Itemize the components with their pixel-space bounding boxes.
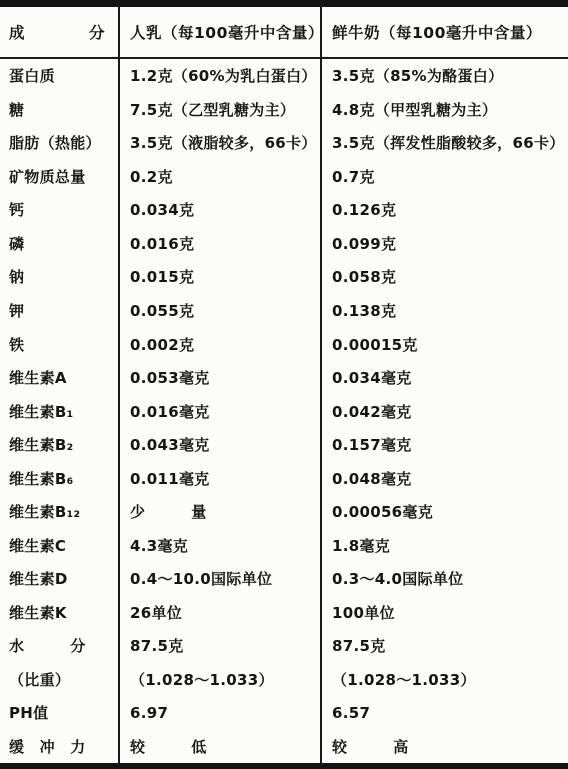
human-milk-value: （1.028～1.033）: [130, 669, 274, 690]
component-label: 矿物质总量: [9, 166, 86, 187]
table-body: 蛋白质 1.2克（60%为乳白蛋白） 3.5克（85%为酪蛋白） 糖 7.5克（…: [0, 59, 568, 763]
table-row: 矿物质总量 0.2克 0.7克: [0, 160, 568, 194]
human-milk-value-cell: 0.016克: [118, 227, 320, 261]
cow-milk-value: （1.028～1.033）: [332, 669, 476, 690]
component-label: 维生素D: [9, 568, 68, 589]
cow-milk-value-cell: 0.157毫克: [320, 428, 568, 462]
human-milk-value: 0.016毫克: [130, 401, 210, 422]
human-milk-value-cell: 0.002克: [118, 327, 320, 361]
cow-milk-value-cell: 1.8毫克: [320, 528, 568, 562]
component-label: 钾: [9, 300, 24, 321]
cow-milk-value: 3.5克（85%为酪蛋白）: [332, 65, 503, 86]
cow-milk-value-cell: 87.5克: [320, 629, 568, 663]
human-milk-value: 4.3毫克: [130, 535, 188, 556]
component-cell: 维生素B₂: [0, 428, 118, 462]
cow-milk-value-cell: 0.00015克: [320, 327, 568, 361]
cow-milk-value: 3.5克（挥发性脂酸较多，66卡）: [332, 132, 565, 153]
table-row: 维生素B₁₂ 少 量 0.00056毫克: [0, 495, 568, 529]
cow-milk-value: 0.099克: [332, 233, 396, 254]
cow-milk-value: 0.00056毫克: [332, 501, 433, 522]
header-cow-milk-label: 鲜牛奶（每100毫升中含量）: [332, 21, 542, 43]
component-label: 钠: [9, 266, 24, 287]
cow-milk-value: 6.57: [332, 704, 370, 722]
component-label: 磷: [9, 233, 24, 254]
cow-milk-value-cell: 0.034毫克: [320, 361, 568, 395]
cow-milk-value: 100单位: [332, 602, 395, 623]
table-row: PH值 6.97 6.57: [0, 696, 568, 730]
table-row: 维生素A 0.053毫克 0.034毫克: [0, 361, 568, 395]
human-milk-value: 6.97: [130, 704, 168, 722]
table-row: 水 分 87.5克 87.5克: [0, 629, 568, 663]
human-milk-value-cell: 7.5克（乙型乳糖为主）: [118, 93, 320, 127]
cow-milk-value-cell: 0.3～4.0国际单位: [320, 562, 568, 596]
component-label: （比重）: [9, 669, 70, 690]
cow-milk-value: 0.034毫克: [332, 367, 412, 388]
human-milk-value: 0.011毫克: [130, 468, 210, 489]
table-row: 钙 0.034克 0.126克: [0, 193, 568, 227]
component-cell: 维生素A: [0, 361, 118, 395]
cow-milk-value: 1.8毫克: [332, 535, 390, 556]
component-cell: 磷: [0, 227, 118, 261]
component-cell: 维生素B₁: [0, 394, 118, 428]
human-milk-value: 0.055克: [130, 300, 194, 321]
cow-milk-value-cell: 较 高: [320, 730, 568, 764]
cow-milk-value: 0.157毫克: [332, 434, 412, 455]
component-label: 维生素B₁₂: [9, 501, 80, 522]
component-cell: （比重）: [0, 663, 118, 697]
cow-milk-value-cell: 4.8克（甲型乳糖为主）: [320, 93, 568, 127]
table-row: 磷 0.016克 0.099克: [0, 227, 568, 261]
cow-milk-value: 较 高: [332, 736, 409, 757]
cow-milk-value-cell: 0.00056毫克: [320, 495, 568, 529]
component-label: 维生素A: [9, 367, 67, 388]
cow-milk-value-cell: 0.048毫克: [320, 461, 568, 495]
cow-milk-value-cell: 3.5克（85%为酪蛋白）: [320, 59, 568, 93]
component-label: 缓 冲 力: [9, 736, 86, 757]
human-milk-value-cell: 0.053毫克: [118, 361, 320, 395]
component-cell: 脂肪（热能）: [0, 126, 118, 160]
human-milk-value-cell: 较 低: [118, 730, 320, 764]
component-label: 维生素B₆: [9, 468, 74, 489]
human-milk-value-cell: 0.4～10.0国际单位: [118, 562, 320, 596]
table-row: 蛋白质 1.2克（60%为乳白蛋白） 3.5克（85%为酪蛋白）: [0, 59, 568, 93]
header-human-milk-label: 人乳（每100毫升中含量）: [130, 21, 320, 43]
cow-milk-value-cell: 0.099克: [320, 227, 568, 261]
component-label: 钙: [9, 199, 24, 220]
table-row: 脂肪（热能） 3.5克（液脂较多，66卡） 3.5克（挥发性脂酸较多，66卡）: [0, 126, 568, 160]
cow-milk-value: 0.058克: [332, 266, 396, 287]
cow-milk-value: 0.00015克: [332, 334, 418, 355]
human-milk-value-cell: 3.5克（液脂较多，66卡）: [118, 126, 320, 160]
component-cell: 缓 冲 力: [0, 730, 118, 764]
component-cell: 铁: [0, 327, 118, 361]
component-cell: 维生素B₆: [0, 461, 118, 495]
component-label: 铁: [9, 334, 24, 355]
component-label: 糖: [9, 99, 24, 120]
human-milk-value: 3.5克（液脂较多，66卡）: [130, 132, 317, 153]
cow-milk-value: 0.7克: [332, 166, 375, 187]
cow-milk-value: 0.3～4.0国际单位: [332, 568, 463, 589]
component-label: PH值: [9, 702, 48, 723]
component-cell: 维生素B₁₂: [0, 495, 118, 529]
cow-milk-value: 87.5克: [332, 635, 386, 656]
human-milk-value: 7.5克（乙型乳糖为主）: [130, 99, 295, 120]
human-milk-value: 26单位: [130, 602, 182, 623]
component-cell: 矿物质总量: [0, 160, 118, 194]
human-milk-value-cell: 87.5克: [118, 629, 320, 663]
component-label: 维生素C: [9, 535, 66, 556]
human-milk-value-cell: 1.2克（60%为乳白蛋白）: [118, 59, 320, 93]
cow-milk-value: 0.138克: [332, 300, 396, 321]
component-cell: 水 分: [0, 629, 118, 663]
cow-milk-value-cell: 0.042毫克: [320, 394, 568, 428]
component-label: 脂肪（热能）: [9, 132, 101, 153]
cow-milk-value-cell: 0.7克: [320, 160, 568, 194]
human-milk-value: 87.5克: [130, 635, 184, 656]
table-row: 维生素B₆ 0.011毫克 0.048毫克: [0, 461, 568, 495]
table-row: 铁 0.002克 0.00015克: [0, 327, 568, 361]
scanned-table-page: 成 分 人乳（每100毫升中含量） 鲜牛奶（每100毫升中含量） 蛋白质 1.2…: [0, 0, 568, 769]
table-row: 维生素B₂ 0.043毫克 0.157毫克: [0, 428, 568, 462]
cow-milk-value-cell: 3.5克（挥发性脂酸较多，66卡）: [320, 126, 568, 160]
human-milk-value-cell: 0.016毫克: [118, 394, 320, 428]
human-milk-value: 0.4～10.0国际单位: [130, 568, 272, 589]
component-cell: 糖: [0, 93, 118, 127]
human-milk-value-cell: 0.043毫克: [118, 428, 320, 462]
cow-milk-value-cell: 6.57: [320, 696, 568, 730]
human-milk-value: 0.2克: [130, 166, 173, 187]
human-milk-value-cell: 0.015克: [118, 260, 320, 294]
component-cell: 钾: [0, 294, 118, 328]
table-row: 维生素B₁ 0.016毫克 0.042毫克: [0, 394, 568, 428]
table-row: 维生素D 0.4～10.0国际单位 0.3～4.0国际单位: [0, 562, 568, 596]
component-label: 水 分: [9, 635, 86, 656]
table-row: 钾 0.055克 0.138克: [0, 294, 568, 328]
header-component-label: 成 分: [9, 21, 105, 43]
component-label: 维生素B₂: [9, 434, 74, 455]
human-milk-value-cell: 少 量: [118, 495, 320, 529]
table-row: 钠 0.015克 0.058克: [0, 260, 568, 294]
human-milk-value: 0.016克: [130, 233, 194, 254]
component-cell: 蛋白质: [0, 59, 118, 93]
component-cell: 维生素K: [0, 596, 118, 630]
human-milk-value: 0.053毫克: [130, 367, 210, 388]
cow-milk-value: 4.8克（甲型乳糖为主）: [332, 99, 497, 120]
human-milk-value-cell: 6.97: [118, 696, 320, 730]
human-milk-value: 较 低: [130, 736, 207, 757]
component-cell: PH值: [0, 696, 118, 730]
human-milk-value-cell: 0.055克: [118, 294, 320, 328]
human-milk-value: 0.015克: [130, 266, 194, 287]
human-milk-value: 1.2克（60%为乳白蛋白）: [130, 65, 317, 86]
header-human-milk-cell: 人乳（每100毫升中含量）: [118, 7, 320, 57]
component-label: 维生素K: [9, 602, 67, 623]
cow-milk-value: 0.042毫克: [332, 401, 412, 422]
component-cell: 维生素D: [0, 562, 118, 596]
table-row: 糖 7.5克（乙型乳糖为主） 4.8克（甲型乳糖为主）: [0, 93, 568, 127]
component-cell: 钙: [0, 193, 118, 227]
table-row: 维生素C 4.3毫克 1.8毫克: [0, 528, 568, 562]
human-milk-value-cell: 0.011毫克: [118, 461, 320, 495]
human-milk-value-cell: （1.028～1.033）: [118, 663, 320, 697]
header-cow-milk-cell: 鲜牛奶（每100毫升中含量）: [320, 7, 568, 57]
component-label: 蛋白质: [9, 65, 55, 86]
cow-milk-value-cell: 100单位: [320, 596, 568, 630]
cow-milk-value-cell: 0.138克: [320, 294, 568, 328]
human-milk-value-cell: 0.2克: [118, 160, 320, 194]
header-component-cell: 成 分: [0, 7, 118, 57]
component-label: 维生素B₁: [9, 401, 74, 422]
human-milk-value-cell: 0.034克: [118, 193, 320, 227]
table-row: 维生素K 26单位 100单位: [0, 596, 568, 630]
cow-milk-value-cell: （1.028～1.033）: [320, 663, 568, 697]
human-milk-value: 0.034克: [130, 199, 194, 220]
cow-milk-value: 0.048毫克: [332, 468, 412, 489]
human-milk-value: 0.043毫克: [130, 434, 210, 455]
cow-milk-value-cell: 0.058克: [320, 260, 568, 294]
human-milk-value-cell: 4.3毫克: [118, 528, 320, 562]
component-cell: 维生素C: [0, 528, 118, 562]
component-cell: 钠: [0, 260, 118, 294]
table-header-row: 成 分 人乳（每100毫升中含量） 鲜牛奶（每100毫升中含量）: [0, 7, 568, 59]
human-milk-value-cell: 26单位: [118, 596, 320, 630]
table-row: 缓 冲 力 较 低 较 高: [0, 730, 568, 764]
human-milk-value: 0.002克: [130, 334, 194, 355]
human-milk-value: 少 量: [130, 501, 207, 522]
table-row: （比重） （1.028～1.033） （1.028～1.033）: [0, 663, 568, 697]
cow-milk-value-cell: 0.126克: [320, 193, 568, 227]
cow-milk-value: 0.126克: [332, 199, 396, 220]
